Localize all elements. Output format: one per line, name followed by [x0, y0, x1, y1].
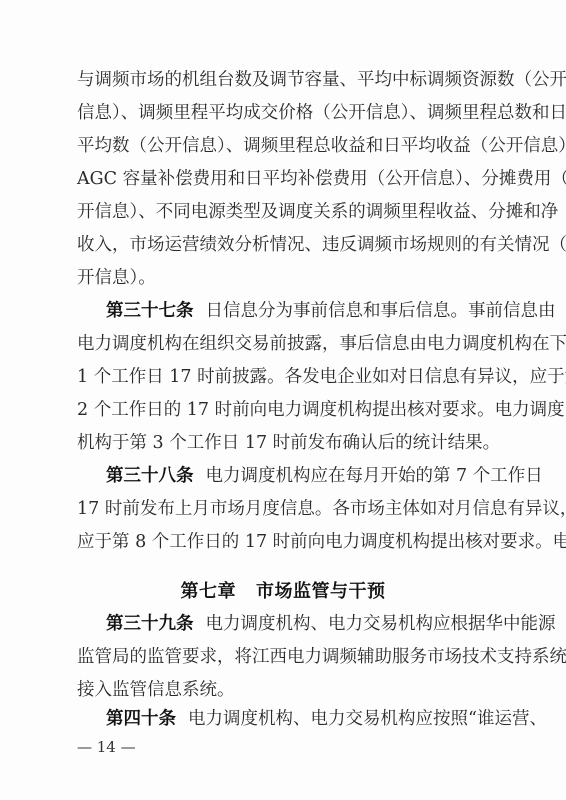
text-line: 2 个工作日的 17 时前向电力调度机构提出核对要求。电力调度	[77, 398, 493, 422]
text-line: 17 时前发布上月市场月度信息。各市场主体如对月信息有异议，	[77, 497, 493, 521]
article-label: 第三十七条	[106, 301, 194, 321]
text-line: 1 个工作日 17 时前披露。各发电企业如对日信息有异议，应于第	[77, 365, 493, 389]
text-line: AGC 容量补偿费用和日平均补偿费用（公开信息）、分摊费用（公	[77, 167, 493, 191]
document-page: 与调频市场的机组台数及调节容量、平均中标调频资源数（公开 信息）、调频里程平均成…	[0, 0, 566, 800]
text-line: 电力调度机构在组织交易前披露，事后信息由电力调度机构在下	[77, 332, 493, 356]
article-39-first-line: 第三十九条电力调度机构、电力交易机构应根据华中能源	[106, 612, 493, 636]
text-line: 开信息）。	[77, 266, 493, 290]
article-text: 日信息分为事前信息和事后信息。事前信息由	[206, 301, 556, 321]
text-line: 机构于第 3 个工作日 17 时前发布确认后的统计结果。	[77, 431, 493, 455]
chapter-number: 第七章	[181, 581, 237, 602]
text-line: 监管局的监管要求，将江西电力调频辅助服务市场技术支持系统	[77, 645, 493, 669]
article-text: 电力调度机构、电力交易机构应按照“谁运营、	[188, 709, 547, 729]
article-37-first-line: 第三十七条日信息分为事前信息和事后信息。事前信息由	[106, 299, 493, 323]
article-label: 第三十八条	[106, 466, 194, 486]
text-line: 平均数（公开信息）、调频里程总收益和日平均收益（公开信息）、	[77, 134, 493, 158]
chapter-heading: 第七章市场监管与干预	[0, 577, 566, 603]
article-38-first-line: 第三十八条电力调度机构应在每月开始的第 7 个工作日	[106, 464, 493, 488]
text-line: 应于第 8 个工作日的 17 时前向电力调度机构提出核对要求。电	[77, 530, 493, 554]
text-line: 与调频市场的机组台数及调节容量、平均中标调频资源数（公开	[77, 68, 493, 92]
text-line: 收入，市场运营绩效分析情况、违反调频市场规则的有关情况（公	[77, 233, 493, 257]
page-number: — 14 —	[77, 738, 136, 756]
article-label: 第四十条	[106, 709, 176, 729]
article-label: 第三十九条	[106, 614, 194, 634]
article-40-first-line: 第四十条电力调度机构、电力交易机构应按照“谁运营、	[106, 707, 493, 731]
text-line: 接入监管信息系统。	[77, 678, 493, 702]
article-text: 电力调度机构、电力交易机构应根据华中能源	[206, 614, 556, 634]
text-line: 开信息）、不同电源类型及调度关系的调频里程收益、分摊和净	[77, 200, 493, 224]
chapter-title: 市场监管与干预	[256, 581, 386, 602]
article-text: 电力调度机构应在每月开始的第 7 个工作日	[206, 466, 543, 486]
text-line: 信息）、调频里程平均成交价格（公开信息）、调频里程总数和日	[77, 101, 493, 125]
